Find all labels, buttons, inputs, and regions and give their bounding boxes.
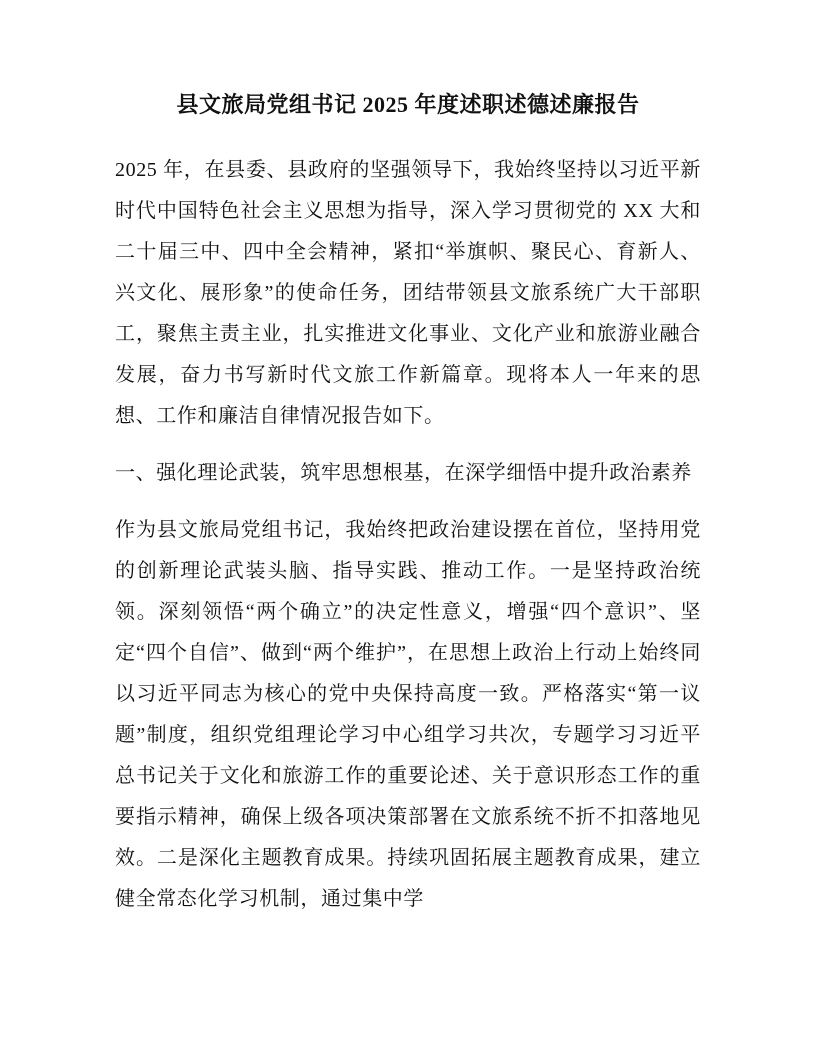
section-heading-1: 一、强化理论武装，筑牢思想根基，在深学细悟中提升政治素养 [115, 453, 701, 494]
paragraph-section-1-body: 作为县文旅局党组书记，我始终把政治建设摆在首位，坚持用党的创新理论武装头脑、指导… [115, 510, 701, 920]
document-page: 县文旅局党组书记 2025 年度述职述德述廉报告 2025 年，在县委、县政府的… [0, 0, 816, 1056]
document-content: 县文旅局党组书记 2025 年度述职述德述廉报告 2025 年，在县委、县政府的… [115, 84, 701, 936]
document-title: 县文旅局党组书记 2025 年度述职述德述廉报告 [115, 84, 701, 125]
paragraph-intro: 2025 年，在县委、县政府的坚强领导下，我始终坚持以习近平新时代中国特色社会主… [115, 150, 701, 437]
